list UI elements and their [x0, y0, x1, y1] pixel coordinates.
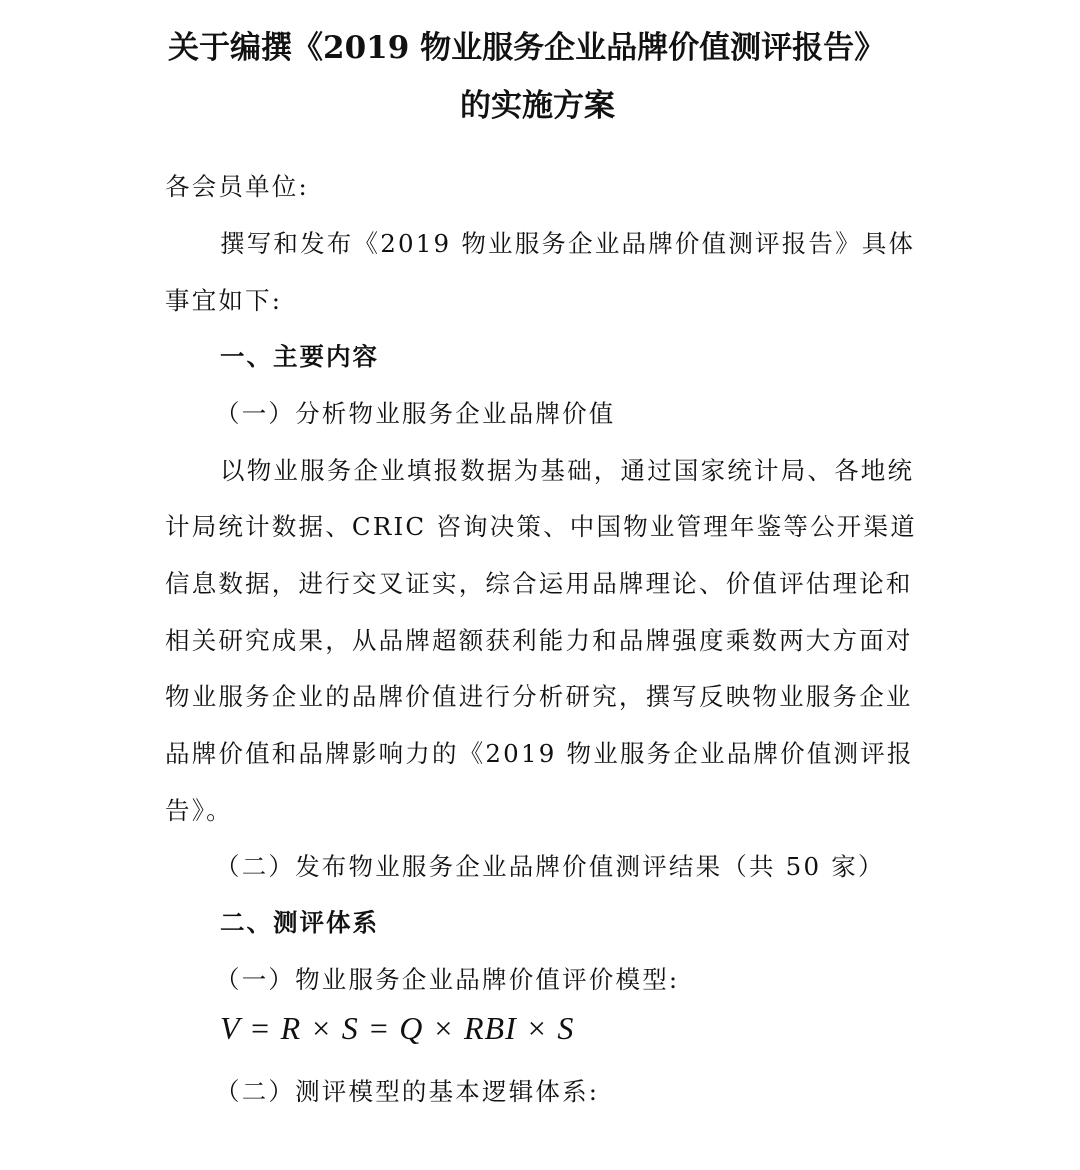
paragraph-line: 物业服务企业的品牌价值进行分析研究，撰写反映物业服务企业: [165, 678, 913, 713]
paragraph-line: 告》。: [165, 792, 233, 827]
paragraph-line: 信息数据，进行交叉证实，综合运用品牌理论、价值评估理论和: [165, 565, 913, 600]
document-title-line-1: 关于编撰《2019 物业服务企业品牌价值测评报告》: [168, 22, 885, 67]
paragraph-line: 品牌价值和品牌影响力的《2019 物业服务企业品牌价值测评报: [165, 735, 914, 770]
section-2-heading: 二、测评体系: [220, 904, 379, 939]
section-1-heading: 一、主要内容: [220, 338, 379, 373]
paragraph-line: 相关研究成果，从品牌超额获利能力和品牌强度乘数两大方面对: [165, 622, 913, 657]
section-2-sub-1-heading: （一）物业服务企业品牌价值评价模型:: [215, 961, 679, 996]
intro-line-2: 事宜如下:: [165, 282, 282, 317]
paragraph-line: 计局统计数据、CRIC 咨询决策、中国物业管理年鉴等公开渠道: [165, 508, 917, 543]
document-title-line-2: 的实施方案: [460, 80, 615, 125]
section-1-sub-2-heading: （二）发布物业服务企业品牌价值测评结果（共 50 家）: [215, 848, 885, 883]
intro-line-1: 撰写和发布《2019 物业服务企业品牌价值测评报告》具体: [220, 225, 915, 260]
section-1-sub-1-heading: （一）分析物业服务企业品牌价值: [215, 395, 616, 430]
paragraph-line: 以物业服务企业填报数据为基础，通过国家统计局、各地统: [220, 452, 914, 487]
valuation-formula: V = R × S = Q × RBI × S: [220, 1010, 574, 1047]
section-2-sub-2-heading: （二）测评模型的基本逻辑体系:: [215, 1073, 599, 1108]
salutation: 各会员单位:: [165, 168, 309, 203]
